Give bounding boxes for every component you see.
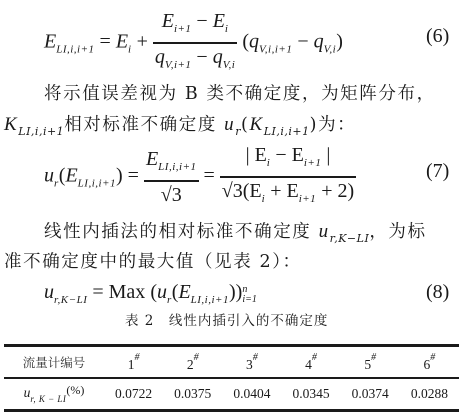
subscript: i+1 (299, 193, 316, 205)
value-cell: 0.0375 (163, 379, 222, 409)
table-2: 流量计编号 1# 2# 3# 4# 5# 6# ur, K − LI(%) 0.… (4, 344, 459, 412)
superscript: # (430, 352, 435, 363)
subscript: r,K−LI (54, 294, 87, 306)
symbol: u (44, 281, 54, 303)
operator: = (92, 281, 103, 303)
text: 线性内插法的相对标准不确定度 (44, 222, 319, 242)
numerator: Ei+1 − Ei (153, 8, 237, 44)
symbol: q (249, 31, 259, 53)
paragraph-2-line-2: 准不确定度中的最大值（见表 2）： (4, 248, 302, 273)
symbol: u (224, 114, 235, 135)
operator: − (191, 46, 212, 68)
text: − E (270, 144, 304, 166)
text: )为： (310, 115, 357, 135)
symbol: E (44, 31, 56, 53)
header-cell: 2# (163, 347, 222, 377)
superscript: # (194, 352, 199, 363)
equation-number-6: (6) (426, 25, 449, 48)
symbol: E (178, 281, 190, 303)
denominator: √3 (144, 182, 199, 208)
subscript: V,i+1 (165, 59, 192, 71)
subscript: i (128, 44, 132, 56)
superscript: # (371, 352, 376, 363)
paren: ( (145, 281, 157, 303)
paragraph-2-line-1: 线性内插法的相对标准不确定度 ur,K−LI，为标 (44, 218, 427, 245)
header-cell: 3# (222, 347, 281, 377)
subscript: LI,i,i+1 (264, 125, 310, 138)
text: 相对标准不确定度 (64, 115, 224, 135)
text: √3(E (222, 180, 262, 202)
operator: + (137, 31, 148, 53)
bottom-rule (4, 409, 459, 412)
subscript: i+1 (304, 157, 321, 169)
denominator: qV,i+1 − qV,i (153, 44, 237, 78)
operator: = (204, 165, 215, 187)
header-cell: 5# (341, 347, 400, 377)
column-number: 3 (246, 357, 253, 372)
column-number: 4 (305, 357, 312, 372)
value-cell: 0.0404 (222, 379, 281, 409)
numerator: | Ei − Ei+1 | (220, 142, 356, 178)
symbol: u (319, 221, 330, 242)
equation-6: ELI,i,i+1 = Ei + Ei+1 − Ei qV,i+1 − qV,i… (44, 8, 343, 78)
limits: ni=1 (242, 285, 257, 305)
text: | E (246, 144, 267, 166)
value-cell: 0.0722 (104, 379, 163, 409)
value-cell: 0.0288 (400, 379, 459, 409)
text: | (321, 144, 330, 166)
equation-number-7: (7) (426, 160, 449, 183)
symbol: q (213, 46, 223, 68)
fraction: | Ei − Ei+1 | √3(Ei + Ei+1 + 2) (220, 142, 356, 212)
subscript: r, K − LI (30, 394, 66, 404)
operator: − (191, 10, 212, 32)
table-caption: 表 2 线性内插引入的不确定度 (125, 309, 328, 329)
subscript: r,K−LI (330, 232, 370, 245)
symbol: K (4, 114, 18, 135)
superscript: # (134, 352, 139, 363)
symbol: u (157, 281, 167, 303)
equation-8: ur,K−LI = Max (ur(ELI,i,i+1))ni=1 (44, 281, 257, 306)
symbol: E (65, 165, 77, 187)
subscript: V,i (223, 59, 236, 71)
row-label: ur, K − LI(%) (4, 379, 104, 409)
subscript: i=1 (242, 295, 257, 305)
symbol: q (155, 46, 165, 68)
paren: ) (116, 165, 123, 187)
superscript: # (312, 352, 317, 363)
subscript: V,i,i+1 (259, 44, 292, 56)
equation-number-8: (8) (426, 281, 449, 304)
uncertainty-table: 流量计编号 1# 2# 3# 4# 5# 6# ur, K − LI(%) 0.… (4, 347, 459, 409)
text: + E (265, 180, 299, 202)
subscript: i+1 (174, 23, 191, 35)
header-cell: 6# (400, 347, 459, 377)
text: ，为标 (369, 222, 426, 242)
table-row: ur, K − LI(%) 0.0722 0.0375 0.0404 0.034… (4, 379, 459, 409)
header-cell: 1# (104, 347, 163, 377)
paren: )) (229, 281, 242, 303)
symbol: u (44, 165, 54, 187)
equation-7: ur(ELI,i,i+1) = ELI,i,i+1 √3 = | Ei − Ei… (44, 142, 356, 212)
subscript: LI,i,i+1 (78, 178, 116, 190)
fraction: Ei+1 − Ei qV,i+1 − qV,i (153, 8, 237, 78)
symbol: E (116, 31, 128, 53)
subscript: LI,i,i+1 (158, 161, 196, 173)
symbol: K (249, 114, 263, 135)
header-cell: 4# (281, 347, 340, 377)
operator: = (100, 31, 111, 53)
paragraph-1-line-2: KLI,i,i+1相对标准不确定度 ur(KLI,i,i+1)为： (4, 111, 356, 138)
subscript: i (225, 23, 229, 35)
paren: ( (242, 31, 249, 53)
symbol: E (213, 10, 225, 32)
denominator: √3(Ei + Ei+1 + 2) (220, 178, 356, 212)
subscript: LI,i,i+1 (191, 294, 229, 306)
value-cell: 0.0345 (281, 379, 340, 409)
subscript: LI,i,i+1 (18, 125, 64, 138)
subscript: LI,i,i+1 (56, 44, 94, 56)
symbol: E (146, 148, 158, 170)
value-cell: 0.0374 (341, 379, 400, 409)
text: + 2) (316, 180, 354, 202)
symbol: q (314, 31, 324, 53)
paren: ) (336, 31, 343, 53)
numerator: ELI,i,i+1 (144, 146, 199, 182)
operator: − (292, 31, 313, 53)
function-name: Max (109, 281, 146, 303)
unit: (%) (66, 383, 84, 397)
fraction: ELI,i,i+1 √3 (144, 146, 199, 208)
table-header-row: 流量计编号 1# 2# 3# 4# 5# 6# (4, 347, 459, 377)
column-number: 2 (187, 357, 194, 372)
header-label: 流量计编号 (4, 347, 104, 377)
superscript: # (253, 352, 258, 363)
subscript: V,i (324, 44, 337, 56)
paragraph-1-line-1: 将示值误差视为 B 类不确定度，为矩阵分布， (44, 80, 436, 105)
symbol: E (162, 10, 174, 32)
operator: = (128, 165, 139, 187)
